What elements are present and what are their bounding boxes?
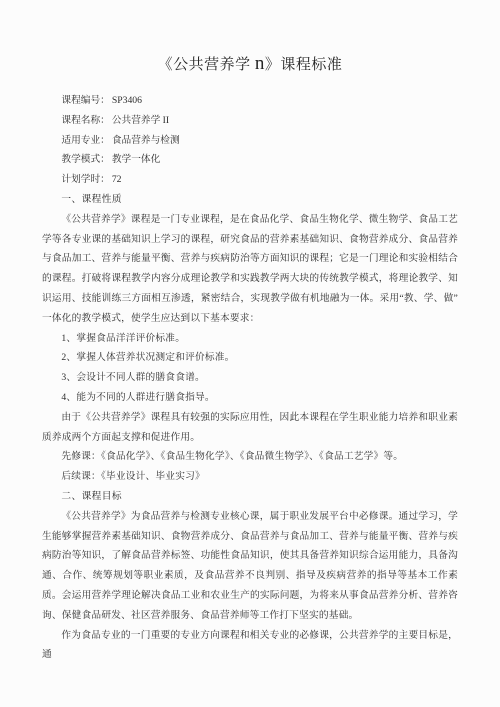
planned-hours-label: 计划学时： xyxy=(61,174,109,185)
meta-row-planned-hours: 计划学时：72 xyxy=(42,170,458,190)
section2-paragraph-1: 《公共营养学》为食品营养与检测专业核心课，属于职业发展平台中必修课。通过学习，学… xyxy=(42,507,458,626)
section1-paragraph-2: 由于《公共营养学》课程具有较强的实际应用性，因此本课程在学生职业能力培养和职业素… xyxy=(42,408,458,448)
document-page: 《公共营养学 n》课程标准 课程编号：SP3406 课程名称：公共营养学 II … xyxy=(0,0,500,707)
applicable-major-value: 食品营养与检测 xyxy=(112,135,180,146)
title-numeral: n xyxy=(255,53,265,74)
requirement-item-2: 2、掌握人体营养状况测定和评价标准。 xyxy=(42,348,458,368)
course-name-value: 公共营养学 II xyxy=(112,115,169,126)
section1-paragraph-1: 《公共营养学》课程是一门专业课程，是在食品化学、食品生物化学、微生物学、食品工艺… xyxy=(42,210,458,329)
requirement-item-1: 1、掌握食品洋洋评价标准。 xyxy=(42,329,458,349)
teaching-mode-value: 教学一体化 xyxy=(112,154,160,165)
course-name-label: 课程名称： xyxy=(61,115,109,126)
meta-row-course-code: 课程编号：SP3406 xyxy=(42,91,458,111)
section2-paragraph-2-truncated: 作为食品专业的一门重要的专业方向课程和相关专业的必修课，公共营养学的主要目标是，… xyxy=(42,626,458,666)
course-code-value: SP3406 xyxy=(112,95,142,106)
meta-row-course-name: 课程名称：公共营养学 II xyxy=(42,111,458,131)
prerequisite-courses-line: 先修课：《食品化学》、《食品生物化学》、《食品微生物学》、《食品工艺学》等。 xyxy=(42,447,458,467)
requirement-item-4: 4、能为不同的人群进行膳食指导。 xyxy=(42,388,458,408)
followup-courses-line: 后续课：《毕业设计、毕业实习》 xyxy=(42,467,458,487)
planned-hours-value: 72 xyxy=(112,174,122,185)
applicable-major-label: 适用专业： xyxy=(61,135,109,146)
document-title: 《公共营养学 n》课程标准 xyxy=(42,52,458,77)
meta-row-applicable-major: 适用专业：食品营养与检测 xyxy=(42,131,458,151)
section2-heading: 二、课程目标 xyxy=(42,487,458,507)
section1-heading: 一、课程性质 xyxy=(42,190,458,210)
requirement-item-3: 3、会设计不同人群的膳食食谱。 xyxy=(42,368,458,388)
teaching-mode-label: 教学模式： xyxy=(61,154,109,165)
title-prefix: 《公共营养学 xyxy=(158,57,255,73)
course-meta-block: 课程编号：SP3406 课程名称：公共营养学 II 适用专业：食品营养与检测 教… xyxy=(42,91,458,190)
title-suffix: 》课程标准 xyxy=(265,57,343,73)
meta-row-teaching-mode: 教学模式：教学一体化 xyxy=(42,150,458,170)
course-code-label: 课程编号： xyxy=(61,95,109,106)
